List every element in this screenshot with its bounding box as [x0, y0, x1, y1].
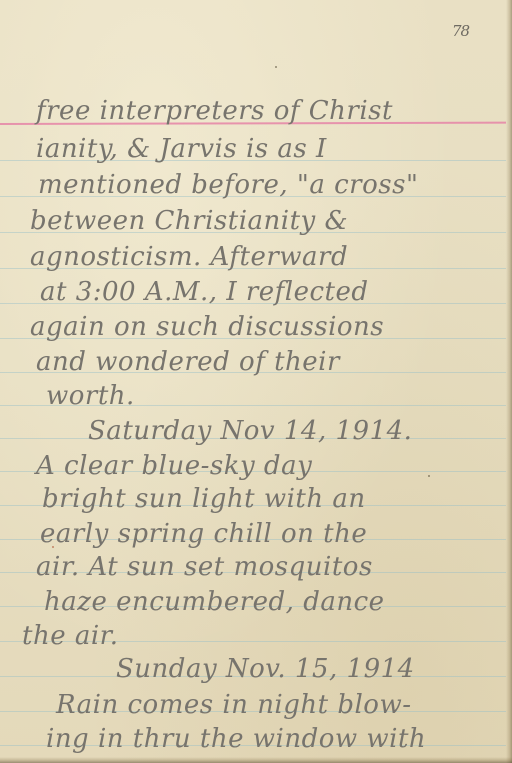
- diary-page: 78 free interpreters of Christ ianity, &…: [0, 0, 512, 763]
- paper-speck: [52, 546, 54, 548]
- text-line: air. At sun set mosquitos: [36, 552, 373, 582]
- text-line: agnosticism. Afterward: [30, 242, 348, 272]
- text-line: early spring chill on the: [40, 519, 367, 549]
- page-edge-bottom: [0, 757, 512, 763]
- text-line: again on such discussions: [30, 312, 384, 342]
- page-number: 78: [452, 22, 469, 40]
- text-line: ianity, & Jarvis is as I: [36, 134, 327, 164]
- paper-speck: [428, 475, 430, 477]
- text-line: and wondered of their: [36, 347, 340, 377]
- text-line: free interpreters of Christ: [36, 96, 393, 126]
- text-line: worth.: [46, 381, 135, 411]
- text-line: haze encumbered, dance: [44, 587, 385, 617]
- page-edge-right: [506, 0, 512, 763]
- date-heading-sunday: Sunday Nov. 15, 1914: [116, 654, 415, 684]
- date-heading-saturday: Saturday Nov 14, 1914.: [88, 416, 412, 446]
- text-line: ing in thru the window with: [46, 724, 426, 754]
- text-line: mentioned before, "a cross": [38, 170, 418, 200]
- text-line: at 3:00 A.M., I reflected: [40, 277, 369, 307]
- text-line: Rain comes in night blow-: [56, 690, 412, 720]
- text-line: bright sun light with an: [42, 484, 366, 514]
- paper-speck: [275, 66, 277, 68]
- text-line: the air.: [22, 621, 119, 651]
- text-line: A clear blue-sky day: [36, 451, 312, 481]
- text-line: between Christianity &: [30, 206, 348, 236]
